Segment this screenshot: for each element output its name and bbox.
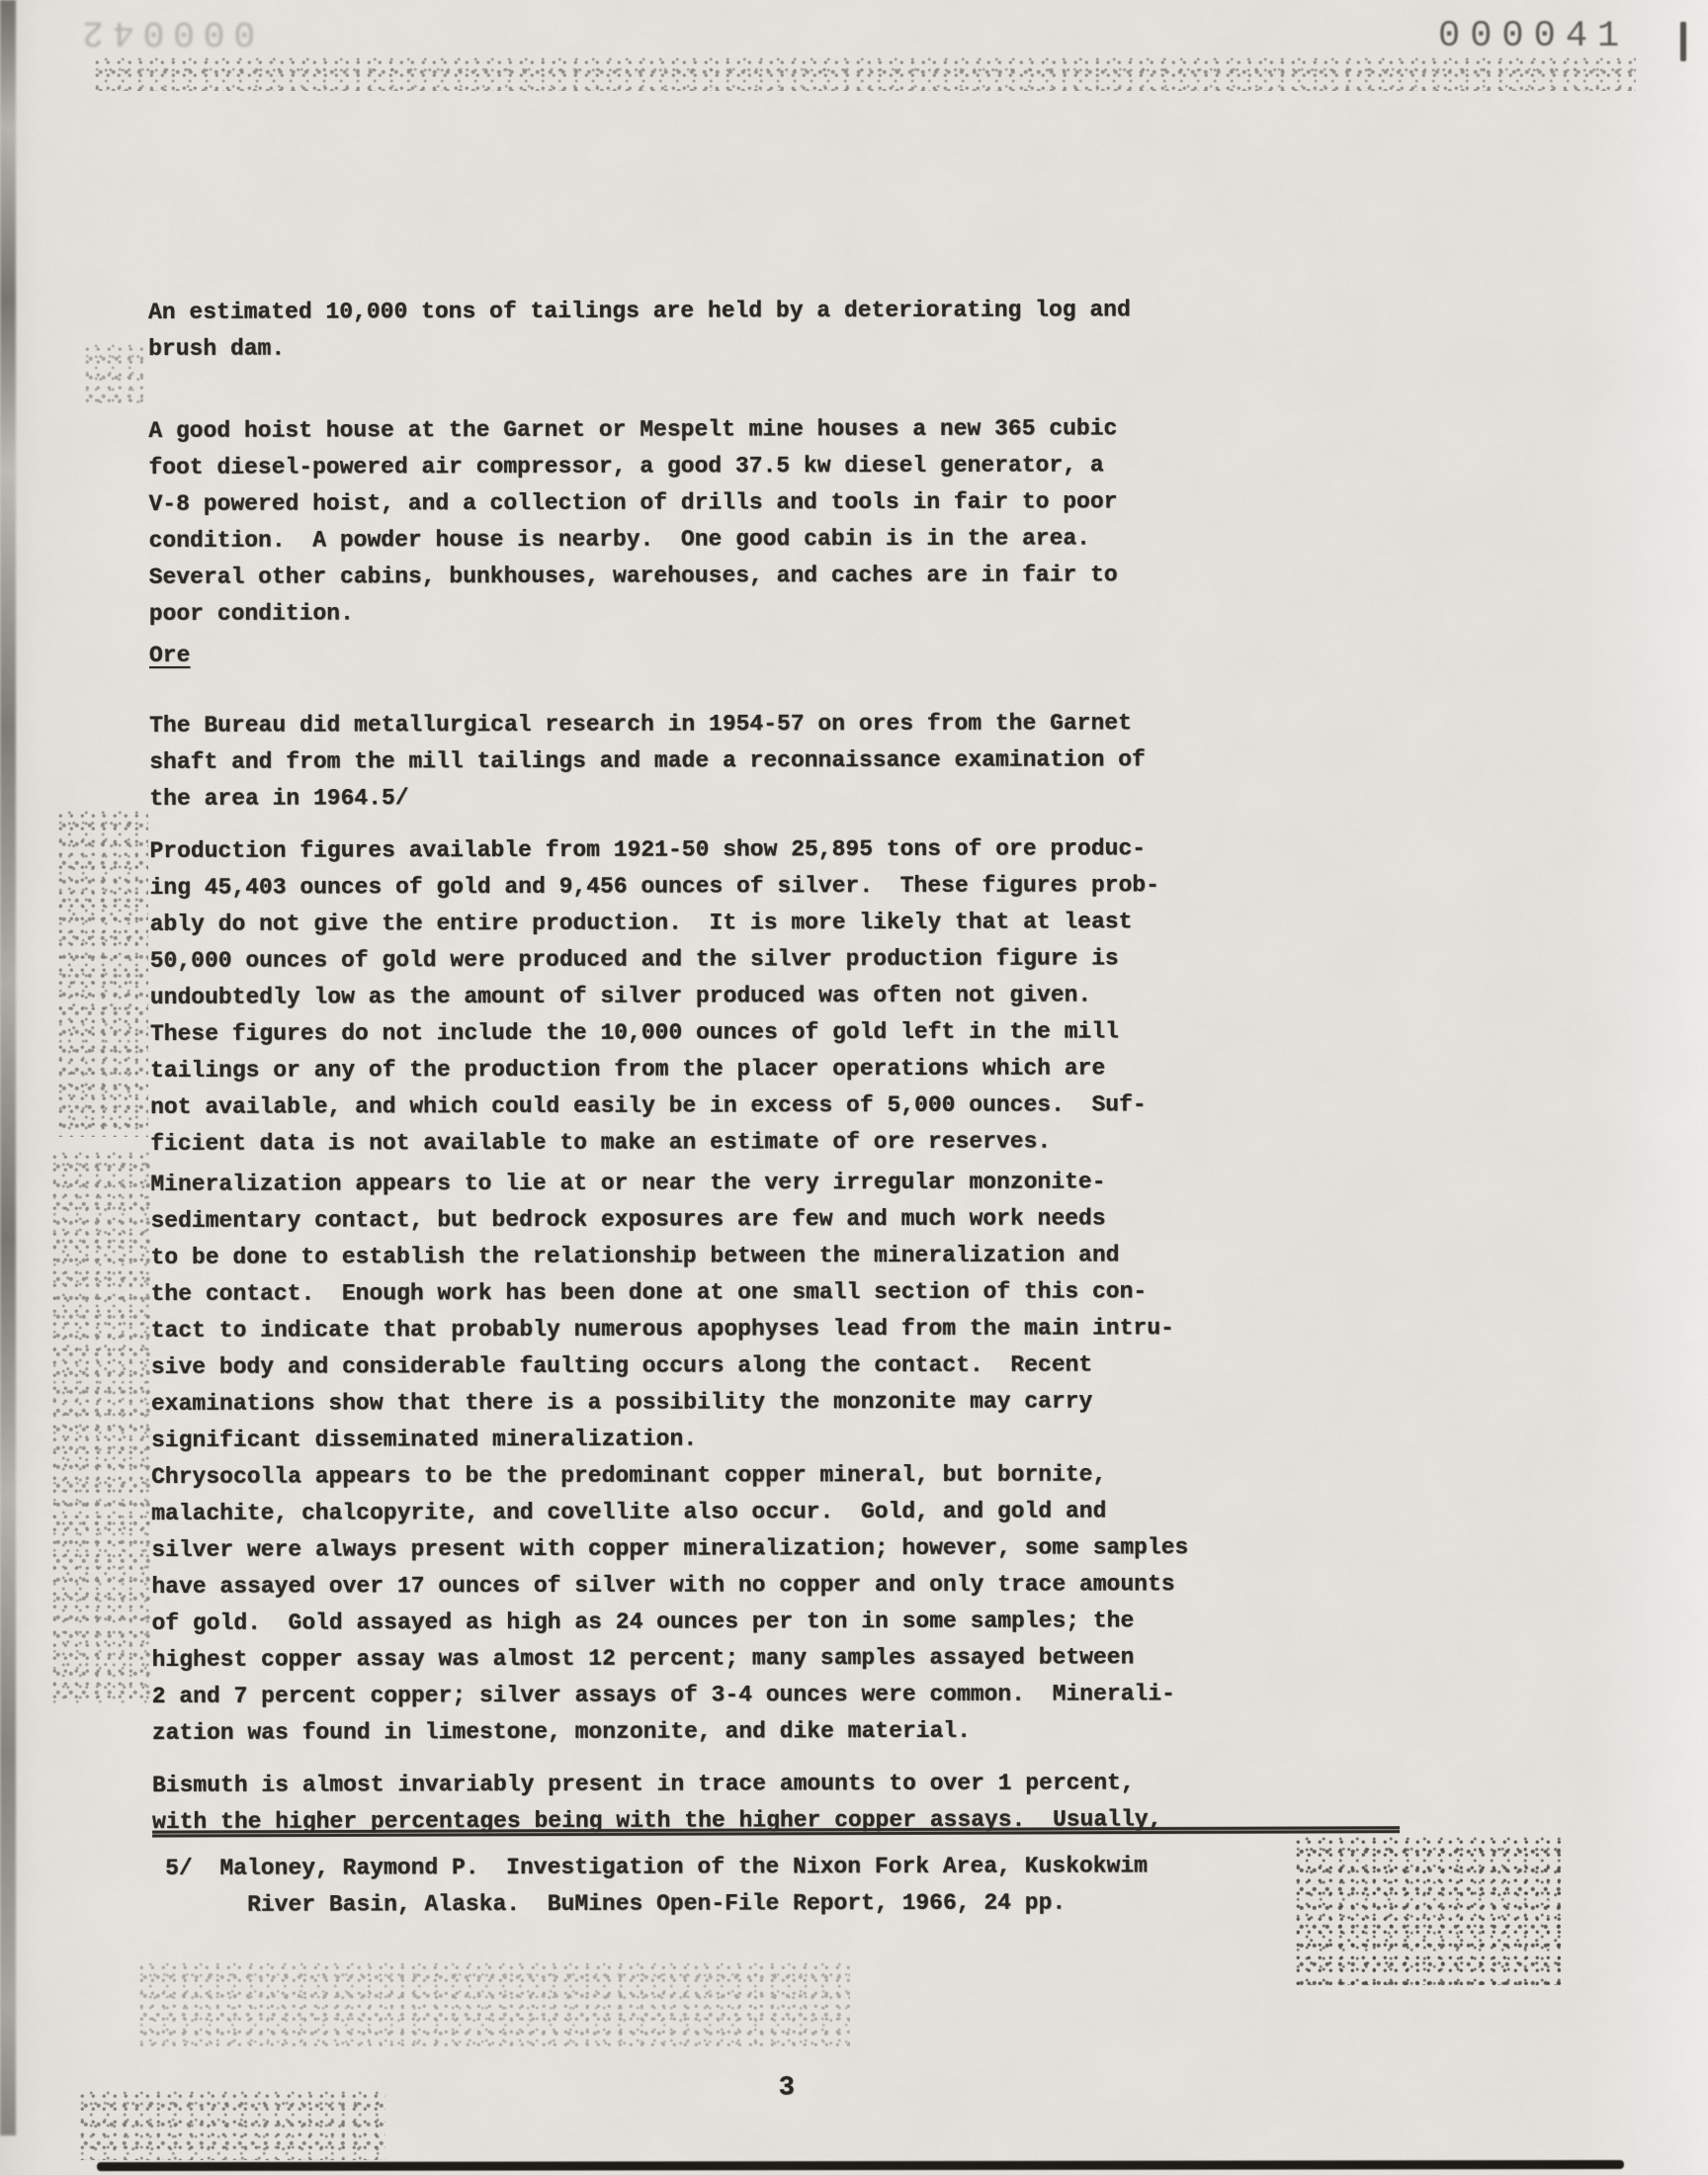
footnote-maloney-reference: 5/ Maloney, Raymond P. Investigation of … [165,1848,1148,1924]
section-heading-ore: Ore [149,638,191,674]
paragraph-mineralization: Mineralization appears to lie at or near… [150,1164,1174,1459]
paragraph-hoist-house: A good hoist house at the Garnet or Mesp… [148,410,1118,633]
scanned-document-page: 000042 000041 An estimated 10,000 tons o… [0,0,1708,2175]
typewritten-text-block: An estimated 10,000 tons of tailings are… [0,0,1708,2175]
paragraph-production-figures: Production figures available from 1921-5… [149,830,1159,1163]
page-number: 3 [779,2070,795,2107]
paragraph-bureau-research: The Bureau did metallurgical research in… [149,705,1146,818]
paragraph-copper-minerals: Chrysocolla appears to be the predominan… [151,1456,1189,1752]
paragraph-tailings-dam: An estimated 10,000 tons of tailings are… [148,292,1131,368]
